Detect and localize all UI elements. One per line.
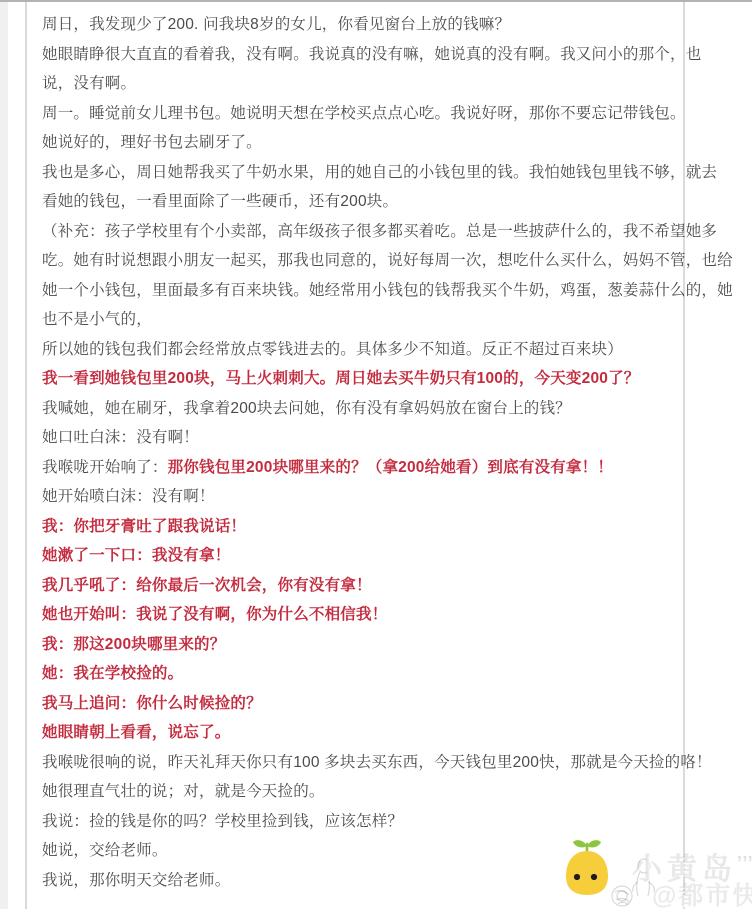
text-line: 我喊她，她在刷牙，我拿着200块去问她，你有没有拿妈妈放在窗台上的钱？ (42, 394, 678, 424)
body-text: 所以她的钱包我们都会经常放点零钱进去的。具体多少不知道。反正不超过百来块） (42, 341, 623, 358)
highlighted-text: 我：那这200块哪里来的？ (42, 636, 225, 653)
body-text: 她说，交给老师。 (42, 842, 168, 859)
text-line: 她也开始叫：我说了没有啊，你为什么不相信我！ (42, 600, 678, 630)
watermark-quote-marks: ’’’ (737, 853, 752, 873)
text-line: 她说，交给老师。 (42, 836, 678, 866)
highlighted-text: 她也开始叫：我说了没有啊，你为什么不相信我！ (42, 606, 387, 623)
highlighted-text: 她漱了一下口：我没有拿！ (42, 547, 230, 564)
text-line: 我马上追问：你什么时候捡的？ (42, 689, 678, 719)
text-line: 看她的钱包，一看里面除了一些硬币，还有200块。 (42, 187, 678, 217)
text-line: 她说好的，理好书包去刷牙了。 (42, 128, 678, 158)
highlighted-text: 我马上追问：你什么时候捡的？ (42, 695, 262, 712)
content-right-border (683, 2, 685, 909)
text-line: 我也是多心，周日她帮我买了牛奶水果，用的她自己的小钱包里的钱。我怕她钱包里钱不够… (42, 158, 678, 188)
body-text: 我说，那你明天交给老师。 (42, 872, 230, 889)
body-text: 也不是小气的， (42, 311, 152, 328)
text-line: 周日，我发现少了200. 问我块8岁的女儿，你看见窗台上放的钱嘛？ (42, 10, 678, 40)
highlighted-text: 我：你把牙膏吐了跟我说话！ (42, 518, 246, 535)
text-line: 我几乎吼了：给你最后一次机会，你有没有拿！ (42, 571, 678, 601)
text-line: 我：你把牙膏吐了跟我说话！ (42, 512, 678, 542)
highlighted-text: 那你钱包里200块哪里来的？（拿200给她看）到底有没有拿！！ (168, 459, 613, 476)
highlighted-text: 我几乎吼了：给你最后一次机会，你有没有拿！ (42, 577, 372, 594)
text-line: 我喉咙很响的说，昨天礼拜天你只有100 多块去买东西，今天钱包里200快，那就是… (42, 748, 678, 778)
body-text: 她开始喷白沫：没有啊！ (42, 488, 215, 505)
body-text: 我喉咙很响的说，昨天礼拜天你只有100 多块去买东西，今天钱包里200快，那就是… (42, 754, 712, 771)
text-line: 我说：捡的钱是你的吗？学校里捡到钱，应该怎样？ (42, 807, 678, 837)
text-line: 她：我在学校捡的。 (42, 659, 678, 689)
body-text: 周一。睡觉前女儿理书包。她说明天想在学校买点点心吃。我说好呀，那你不要忘记带钱包… (42, 105, 686, 122)
body-text: 说，没有啊。 (42, 75, 136, 92)
body-text: 她很理直气壮的说；对，就是今天捡的。 (42, 783, 325, 800)
content-left-border (25, 2, 27, 909)
body-text: 看她的钱包，一看里面除了一些硬币，还有200块。 (42, 193, 398, 210)
text-line: 她眼睛睁很大直直的看着我，没有啊。我说真的没有嘛，她说真的没有啊。我又问小的那个… (42, 40, 678, 70)
article-content: 周日，我发现少了200. 问我块8岁的女儿，你看见窗台上放的钱嘛？她眼睛睁很大直… (42, 10, 678, 895)
text-line: 我说，那你明天交给老师。 (42, 866, 678, 896)
text-line: 她眼睛朝上看看，说忘了。 (42, 718, 678, 748)
top-border (0, 0, 752, 2)
text-line: 她开始喷白沫：没有啊！ (42, 482, 678, 512)
text-line: 我一看到她钱包里200块，马上火刺刺大。周日她去买牛奶只有100的，今天变200… (42, 364, 678, 394)
text-line: 吃。她有时说想跟小朋友一起买，那我也同意的，说好每周一次，想吃什么买什么，妈妈不… (42, 246, 678, 276)
body-text: 我也是多心，周日她帮我买了牛奶水果，用的她自己的小钱包里的钱。我怕她钱包里钱不够… (42, 164, 717, 181)
text-line: 她口吐白沫：没有啊！ (42, 423, 678, 453)
text-line: 周一。睡觉前女儿理书包。她说明天想在学校买点点心吃。我说好呀，那你不要忘记带钱包… (42, 99, 678, 129)
body-text: （补充：孩子学校里有个小卖部，高年级孩子很多都买着吃。总是一些披萨什么的，我不希… (42, 223, 717, 240)
body-text: 吃。她有时说想跟小朋友一起买，那我也同意的，说好每周一次，想吃什么买什么，妈妈不… (42, 252, 733, 269)
body-text: 我喊她，她在刷牙，我拿着200块去问她，你有没有拿妈妈放在窗台上的钱？ (42, 400, 571, 417)
text-line: 也不是小气的， (42, 305, 678, 335)
text-line: 说，没有啊。 (42, 69, 678, 99)
highlighted-text: 她眼睛朝上看看，说忘了。 (42, 724, 230, 741)
text-line: 我：那这200块哪里来的？ (42, 630, 678, 660)
text-line: 她漱了一下口：我没有拿！ (42, 541, 678, 571)
body-text: 她说好的，理好书包去刷牙了。 (42, 134, 262, 151)
body-text: 我说：捡的钱是你的吗？学校里捡到钱，应该怎样？ (42, 813, 403, 830)
body-text: 她一个小钱包，里面最多有百来块钱。她经常用小钱包的钱帮我买个牛奶，鸡蛋，葱姜蒜什… (42, 282, 733, 299)
body-text: 我喉咙开始响了： (42, 459, 168, 476)
body-text: 周日，我发现少了200. 问我块8岁的女儿，你看见窗台上放的钱嘛？ (42, 16, 510, 33)
text-line: 我喉咙开始响了：那你钱包里200块哪里来的？（拿200给她看）到底有没有拿！！ (42, 453, 678, 483)
highlighted-text: 她：我在学校捡的。 (42, 665, 183, 682)
left-margin-strip (0, 2, 8, 909)
highlighted-text: 我一看到她钱包里200块，马上火刺刺大。周日她去买牛奶只有100的，今天变200… (42, 370, 640, 387)
text-line: （补充：孩子学校里有个小卖部，高年级孩子很多都买着吃。总是一些披萨什么的，我不希… (42, 217, 678, 247)
text-line: 她很理直气壮的说；对，就是今天捡的。 (42, 777, 678, 807)
body-text: 她眼睛睁很大直直的看着我，没有啊。我说真的没有嘛，她说真的没有啊。我又问小的那个… (42, 46, 701, 63)
body-text: 她口吐白沫：没有啊！ (42, 429, 199, 446)
text-line: 所以她的钱包我们都会经常放点零钱进去的。具体多少不知道。反正不超过百来块） (42, 335, 678, 365)
text-line: 她一个小钱包，里面最多有百来块钱。她经常用小钱包的钱帮我买个牛奶，鸡蛋，葱姜蒜什… (42, 276, 678, 306)
